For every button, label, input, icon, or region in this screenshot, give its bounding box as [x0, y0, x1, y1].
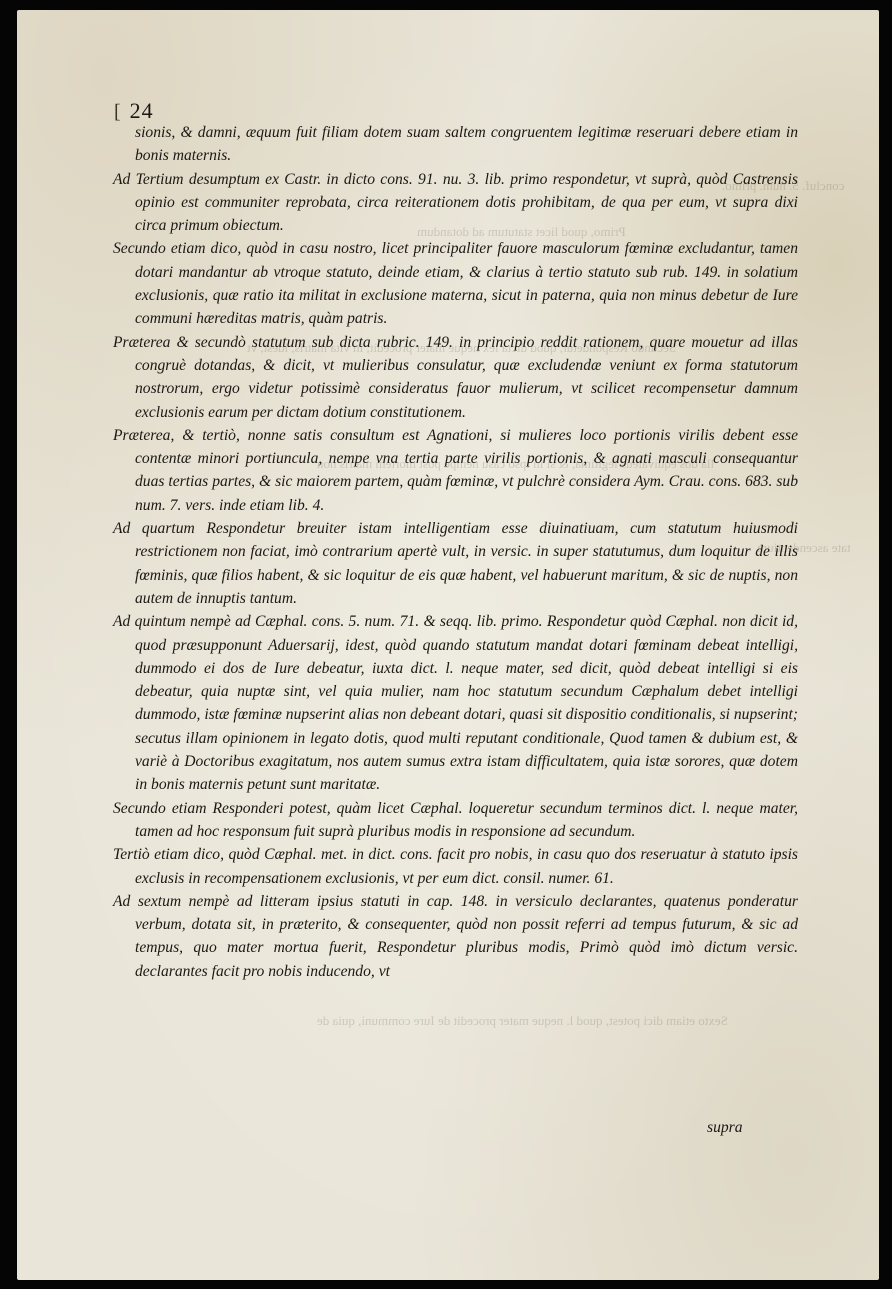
catchword: supra — [707, 1119, 743, 1137]
paragraph-ad-sextum: Ad sextum nempè ad litteram ipsius statu… — [113, 890, 798, 983]
page-number-value: 24 — [130, 98, 154, 123]
show-through-text: Sexto etiam dici potest, quod l. neque m… — [317, 1013, 728, 1029]
paragraph-praeterea-tertio: Præterea, & tertiò, nonne satis consultu… — [113, 424, 798, 517]
paragraph-secundo-etiam: Secundo etiam dico, quòd in casu nostro,… — [113, 237, 798, 330]
paragraph-ad-quintum: Ad quintum nempè ad Cæphal. cons. 5. num… — [113, 610, 798, 796]
paragraph-continuation: sionis, & damni, æquum fuit filiam dotem… — [113, 121, 798, 168]
paragraph-ad-quartum: Ad quartum Respondetur breuiter istam in… — [113, 517, 798, 610]
paragraph-praeterea-secundo: Præterea & secundò statutum sub dicta ru… — [113, 331, 798, 424]
paragraph-ad-tertium: Ad Tertium desumptum ex Castr. in dicto … — [113, 168, 798, 238]
document-body: sionis, & damni, æquum fuit filiam dotem… — [113, 121, 798, 983]
bracket-mark-icon: [ — [114, 101, 122, 123]
paragraph-tertio-etiam: Tertiò etiam dico, quòd Cæphal. met. in … — [113, 843, 798, 890]
paragraph-secundo-responderi: Secundo etiam Responderi potest, quàm li… — [113, 797, 798, 844]
